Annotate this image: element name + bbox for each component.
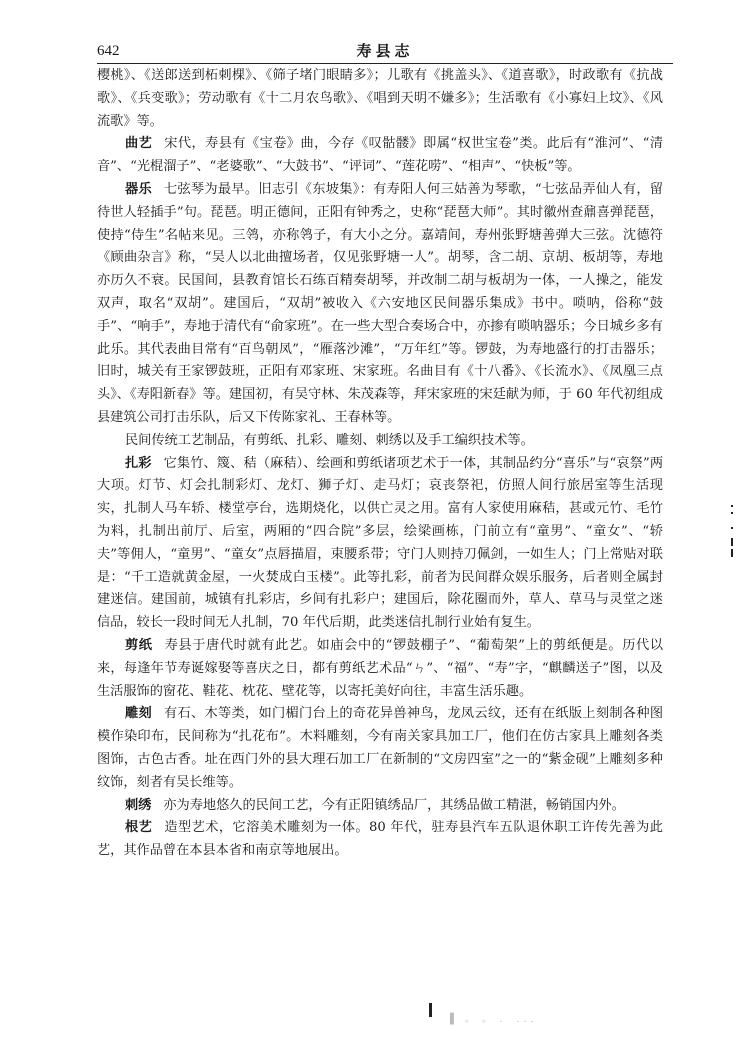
scan-mark <box>731 538 733 546</box>
paragraph-folk-songs-cont: 樱桃》、《送郎送到柘刺棵》、《筛子堵门眼睛多》；儿歌有《挑盖头》、《道喜歌》，时… <box>97 65 663 133</box>
section-term: 根艺 <box>125 820 152 835</box>
paragraph-text: 它集竹、篾、秸（麻秸）、绘画和剪纸诸项艺术于一体，其制品约分“喜乐”与“哀祭”两… <box>97 456 663 631</box>
section-term: 刺绣 <box>125 798 151 813</box>
scan-mark <box>429 1003 432 1017</box>
paragraph-diaoke: 雕刻有石、木等类，如门楣门台上的奇花异兽神鸟，龙凤云纹，还有在纸版上刻制各种图模… <box>97 703 663 794</box>
section-term: 雕刻 <box>125 706 152 721</box>
paragraph-text: 亦为寿地悠久的民间工艺，今有正阳镇绣品厂，其绣品做工精湛，畅销国内外。 <box>163 798 625 813</box>
paragraph-qiyue: 器乐七弦琴为最早。旧志引《东坡集》：有寿阳人何三姑善为琴歌，“七弦品弄仙人有，留… <box>97 179 663 430</box>
paragraph-text: 七弦琴为最早。旧志引《东坡集》：有寿阳人何三姑善为琴歌，“七弦品弄仙人有，留待世… <box>97 182 663 425</box>
scan-mark <box>731 549 733 557</box>
section-term: 扎彩 <box>125 456 152 471</box>
paragraph-zhacai: 扎彩它集竹、篾、秸（麻秸）、绘画和剪纸诸项艺术于一体，其制品约分“喜乐”与“哀祭… <box>97 453 663 635</box>
body-text: 樱桃》、《送郎送到柘刺棵》、《筛子堵门眼睛多》；儿歌有《挑盖头》、《道喜歌》，时… <box>97 65 663 863</box>
paragraph-cixiu: 刺绣亦为寿地悠久的民间工艺，今有正阳镇绣品厂，其绣品做工精湛，畅销国内外。 <box>97 795 663 818</box>
paragraph-text: 宋代，寿县有《宝卷》曲，今存《叹骷髅》即属“权世宝卷”类。此后有“淮河”、“清音… <box>97 136 663 174</box>
paragraph-genyi: 根艺造型艺术，它溶美术雕刻为一体。80 年代，驻寿县汽车五队退休职工许传先善为此… <box>97 817 663 863</box>
section-term: 剪纸 <box>125 638 153 653</box>
scan-noise: ▌ 。 。 ． ．．． <box>450 1010 542 1025</box>
scan-mark <box>731 512 733 514</box>
paragraph-text: 有石、木等类，如门楣门台上的奇花异兽神鸟，龙凤云纹，还有在纸版上刻制各种图模作染… <box>97 706 663 789</box>
scan-mark <box>731 505 733 507</box>
section-term: 曲艺 <box>125 136 152 151</box>
paragraph-quyi: 曲艺宋代，寿县有《宝卷》曲，今存《叹骷髅》即属“权世宝卷”类。此后有“淮河”、“… <box>97 133 663 179</box>
paragraph-jianzhi: 剪纸寿县于唐代时就有此艺。如庙会中的“锣鼓棚子”、“葡萄架”上的剪纸便是。历代以… <box>97 635 663 703</box>
section-term: 器乐 <box>125 182 152 197</box>
header-rule <box>97 63 673 64</box>
page-header: 642 寿县志 <box>97 42 673 64</box>
paragraph-text: 造型艺术，它溶美术雕刻为一体。80 年代，驻寿县汽车五队退休职工许传先善为此艺，… <box>97 820 663 858</box>
paragraph-text: 寿县于唐代时就有此艺。如庙会中的“锣鼓棚子”、“葡萄架”上的剪纸便是。历代以来，… <box>97 638 663 699</box>
paragraph-crafts-intro: 民间传统工艺制品，有剪纸、扎彩、雕刻、刺绣以及手工编织技术等。 <box>97 430 663 453</box>
running-title: 寿县志 <box>97 42 673 60</box>
paragraph-text: 樱桃》、《送郎送到柘刺棵》、《筛子堵门眼睛多》；儿歌有《挑盖头》、《道喜歌》，时… <box>97 68 663 129</box>
paragraph-text: 民间传统工艺制品，有剪纸、扎彩、雕刻、刺绣以及手工编织技术等。 <box>125 433 534 448</box>
scan-mark <box>731 527 733 529</box>
